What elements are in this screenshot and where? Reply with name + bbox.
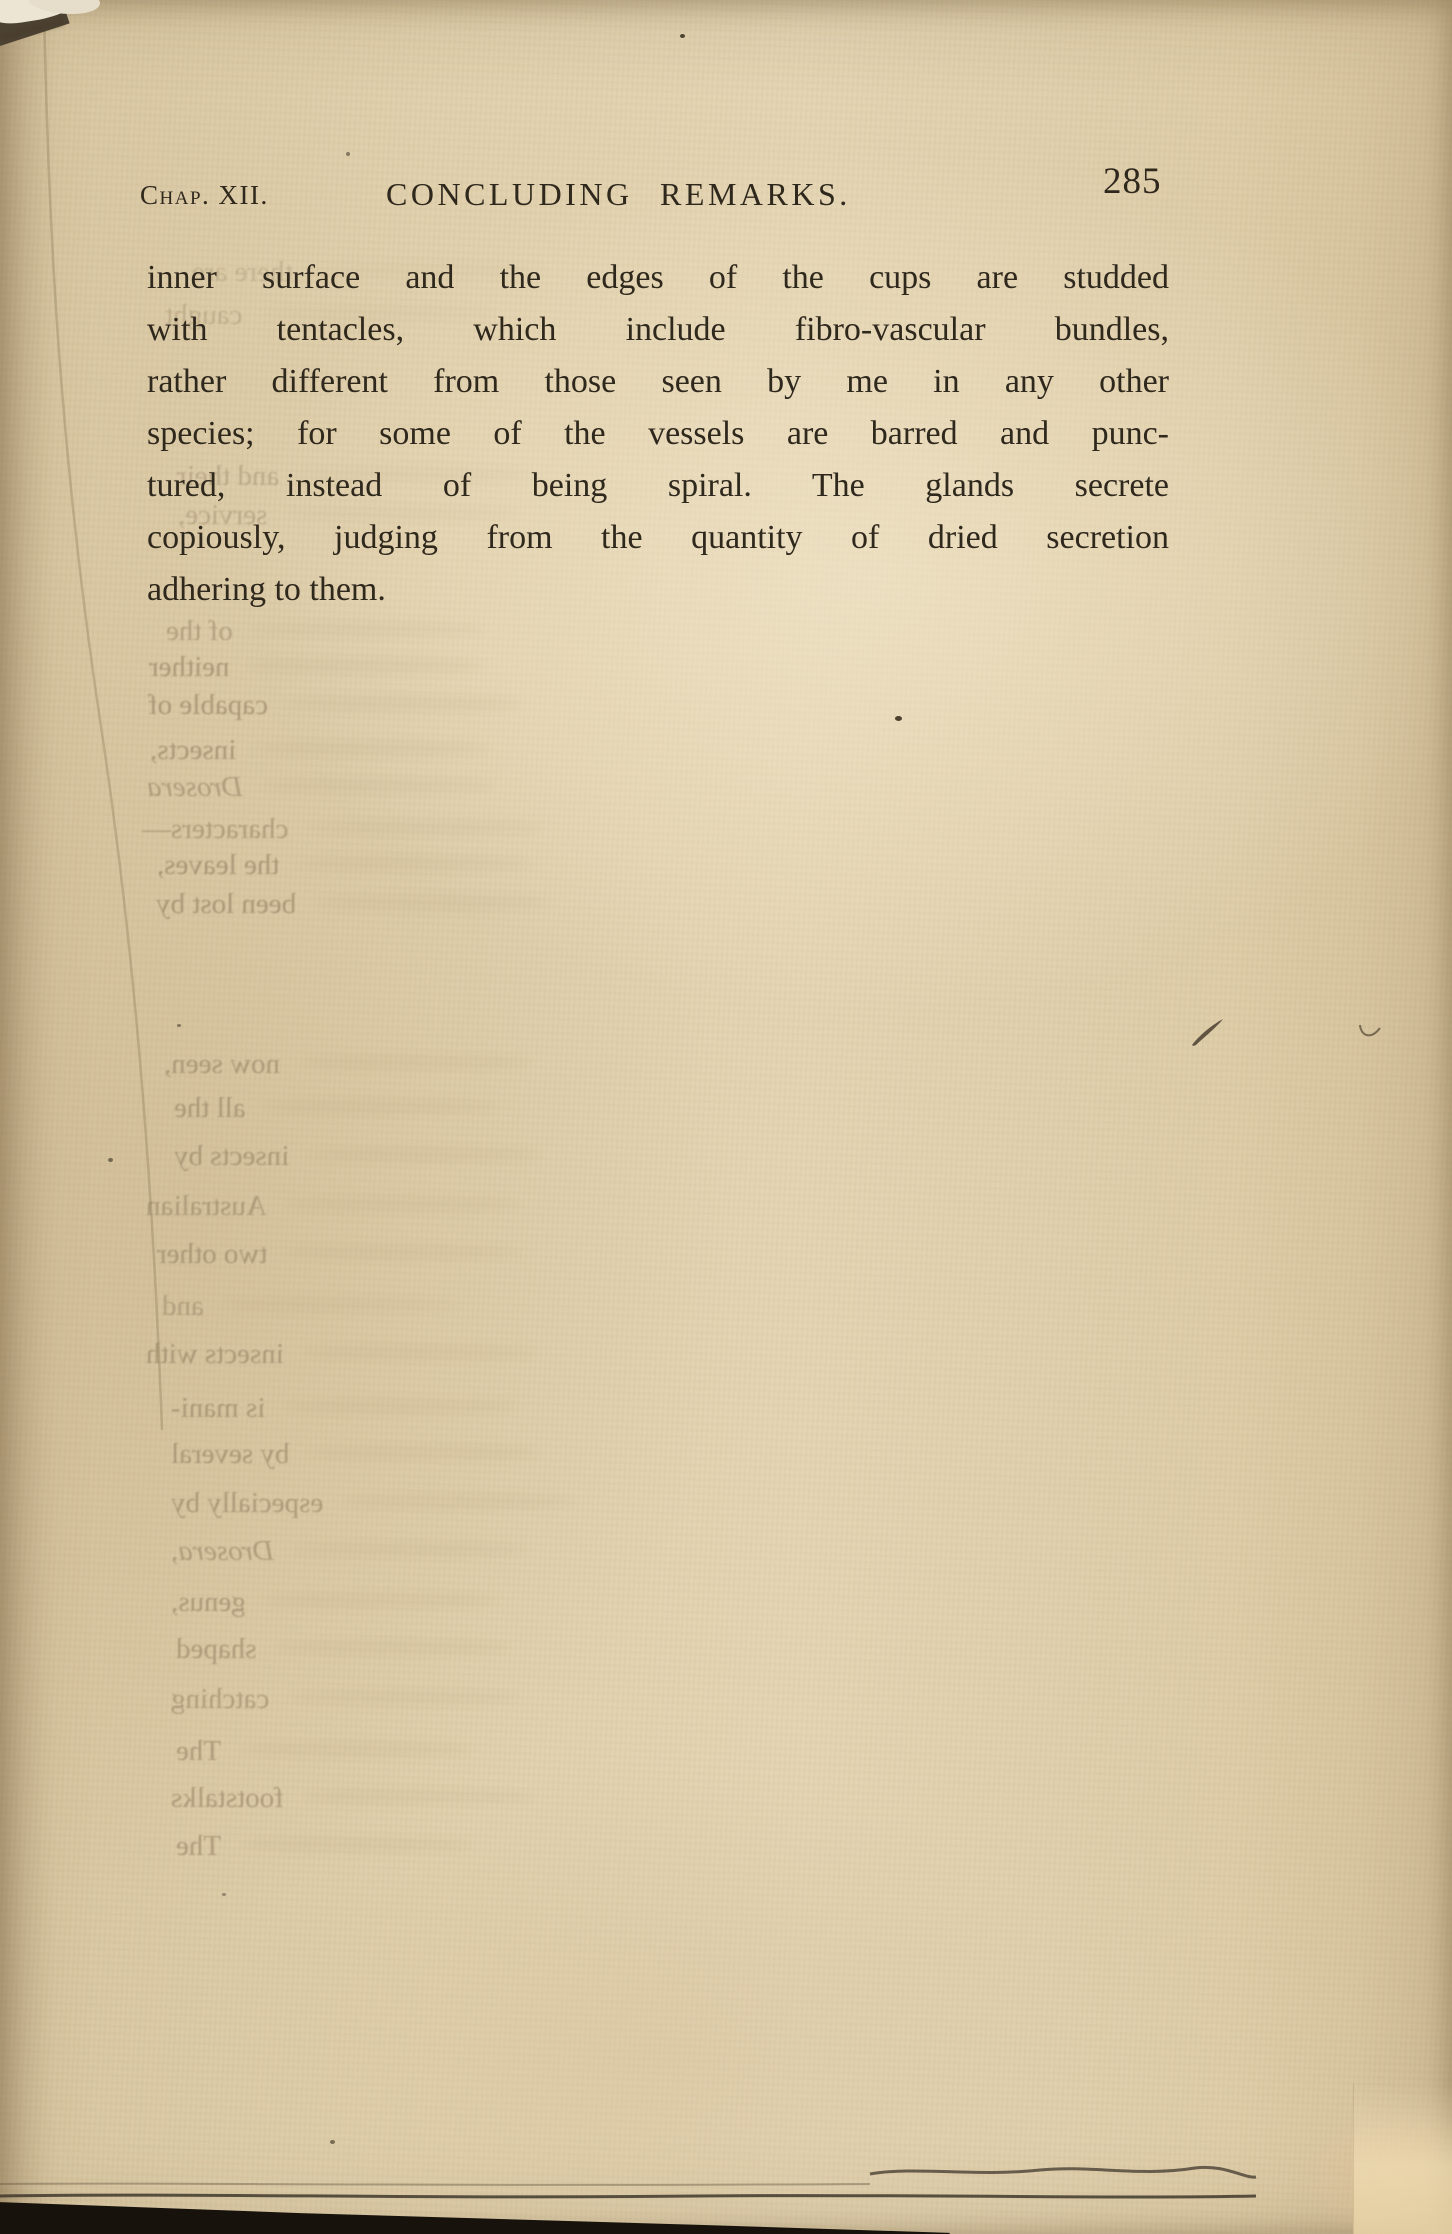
- bleed-through-fragment: of the: [166, 615, 233, 648]
- ink-mark: [1190, 1018, 1226, 1048]
- paragraph-line: tured, instead of being spiral. The glan…: [147, 460, 1169, 512]
- bleed-through-fragment: been lost by: [156, 888, 296, 921]
- bleed-through-fragment: especially by: [171, 1487, 323, 1520]
- paragraph-line: species; for some of the vessels are bar…: [147, 408, 1169, 460]
- bleed-through-fragment: The: [176, 1735, 221, 1768]
- bleed-through-fragment: capable of: [148, 689, 268, 722]
- bleed-through-fragment: characters—: [142, 813, 289, 846]
- bleed-through-fragment: catching: [171, 1683, 269, 1716]
- bleed-through-fragment: insects,: [150, 734, 236, 767]
- ink-mark: [1358, 1022, 1384, 1044]
- book-page-scan: Chap. XII. CONCLUDING REMARKS. 285 inner…: [0, 0, 1452, 2234]
- speck: [346, 152, 350, 156]
- bleed-through-fragment: by several: [171, 1438, 289, 1471]
- bleed-through-fragment: genus,: [171, 1586, 246, 1619]
- bleed-through-fragment: the leaves,: [157, 849, 279, 882]
- bleed-through-fragment: is mani-: [171, 1392, 265, 1425]
- paragraph-line: inner surface and the edges of the cups …: [147, 252, 1169, 304]
- running-title: CONCLUDING REMARKS.: [386, 176, 851, 213]
- bleed-through-fragment: Drosera: [147, 771, 243, 804]
- bleed-through-fragment: The: [176, 1830, 221, 1863]
- speck: [680, 34, 685, 38]
- bleed-through-fragment: now seen,: [164, 1048, 280, 1081]
- bleed-through-fragment: insects by: [174, 1140, 289, 1173]
- speck: [108, 1158, 113, 1162]
- bleed-through-fragment: shaped: [176, 1633, 257, 1666]
- chapter-label: Chap. XII.: [140, 180, 269, 211]
- paragraph-line: rather different from those seen by me i…: [147, 356, 1169, 408]
- paragraph-line: adhering to them.: [147, 564, 1169, 616]
- bleed-through-fragment: insects with: [146, 1338, 284, 1371]
- bleed-through-fragment: footstalks: [171, 1782, 284, 1815]
- paragraph-line: copiously, judging from the quantity of …: [147, 512, 1169, 564]
- bleed-through-fragment: and: [162, 1290, 204, 1323]
- bleed-through-fragment: Drosera,: [171, 1535, 274, 1568]
- paragraph-line: with tentacles, which include fibro-vasc…: [147, 304, 1169, 356]
- bleed-through-fragment: two other: [157, 1238, 267, 1271]
- speck: [330, 2140, 335, 2144]
- body-paragraph: inner surface and the edges of the cups …: [147, 252, 1169, 616]
- speck: [177, 1024, 181, 1027]
- speck: [222, 1893, 226, 1896]
- bleed-through-fragment: neither: [149, 651, 230, 684]
- speck: [895, 716, 902, 721]
- bleed-through-fragment: all the: [174, 1092, 246, 1125]
- page-number: 285: [1103, 160, 1162, 203]
- bleed-through-fragment: Australian: [146, 1190, 267, 1223]
